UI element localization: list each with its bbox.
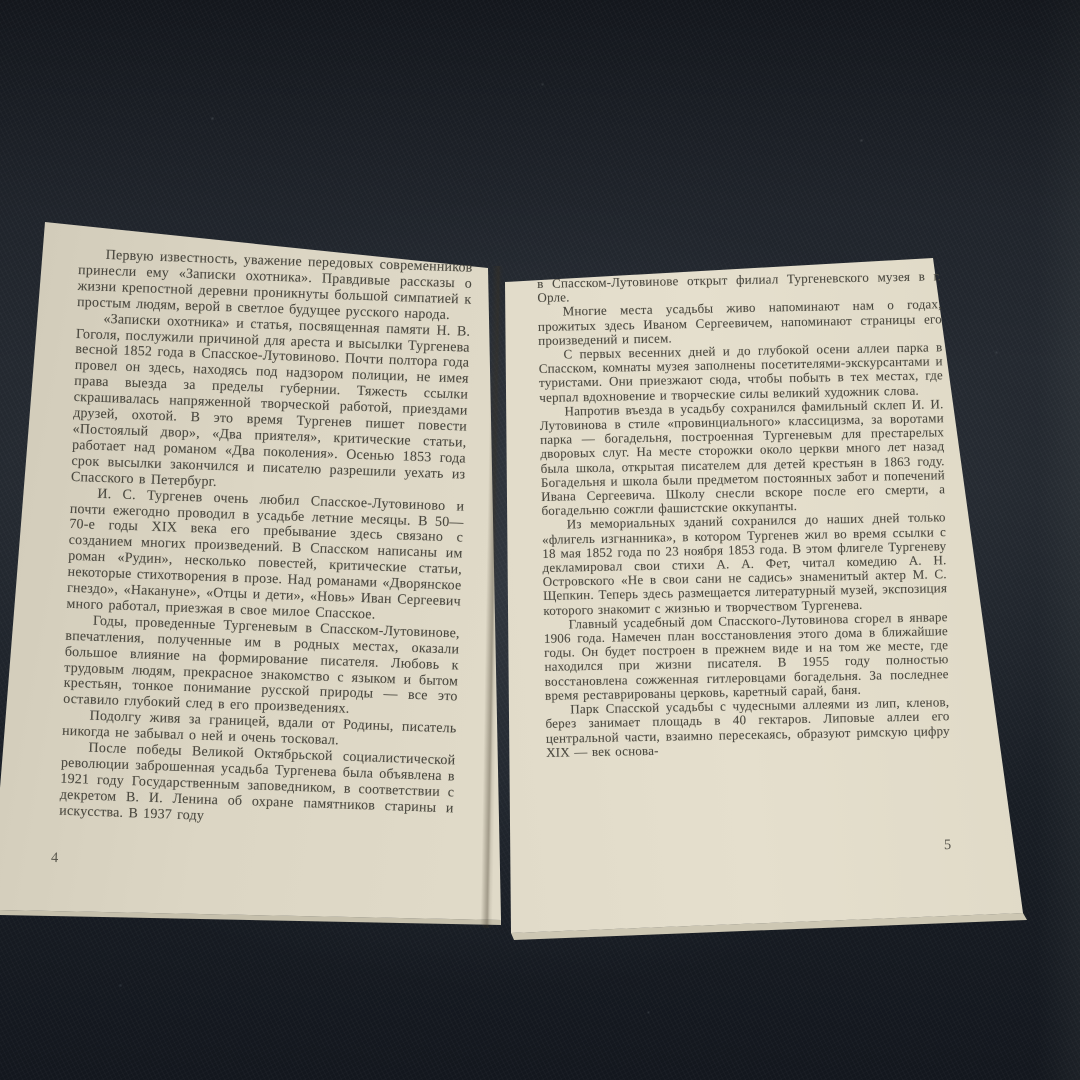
left-page-number: 4	[51, 850, 59, 867]
right-page-text: в Спасском-Лутовинове открыт филиал Тург…	[537, 269, 950, 760]
paragraph: С первых весенних дней и до глубокой осе…	[538, 340, 943, 405]
paragraph: И. С. Тургенев очень любил Спасское-Луто…	[66, 485, 464, 626]
book-photo: Первую известность, уважение передовых с…	[0, 0, 1080, 1080]
paragraph: Парк Спасской усадьбы с чудесными аллеям…	[545, 695, 950, 760]
dust-speckles	[0, 0, 1, 1]
right-page-number: 5	[944, 837, 952, 854]
left-page-text: Первую известность, уважение передовых с…	[59, 247, 473, 833]
paragraph: «Записки охотника» и статья, посвященная…	[71, 311, 471, 500]
paragraph: Годы, проведенные Тургеневым в Спасском-…	[63, 613, 460, 722]
paragraph: После победы Великой Октябрьской социали…	[59, 740, 456, 833]
paragraph: Главный усадебный дом Спасского-Лутовино…	[544, 610, 950, 703]
paragraph: Из мемориальных зданий сохранился до наш…	[542, 511, 948, 618]
paragraph: Напротив въезда в усадьбу сохранился фам…	[539, 397, 945, 518]
